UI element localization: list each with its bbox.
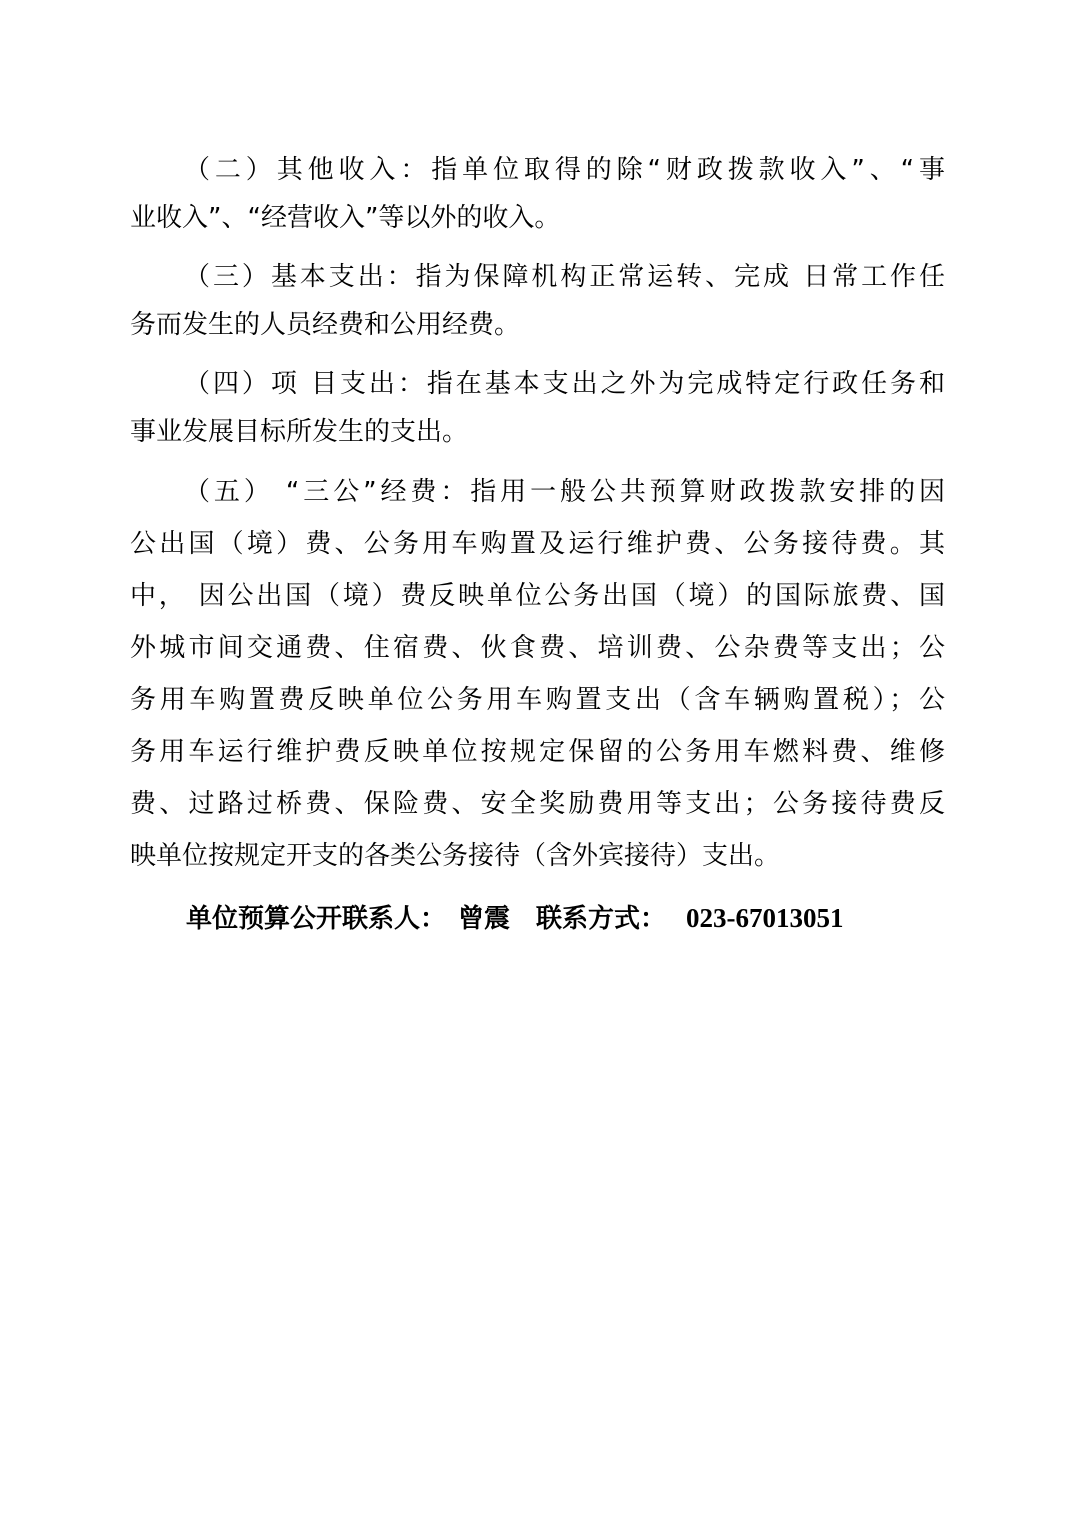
contact-line: 单位预算公开联系人：曾震联系方式：023-67013051	[186, 898, 844, 938]
paragraph-project-expenditure-line-1: （四）项 目支出：指在基本支出之外为完成特定行政任务和	[184, 364, 945, 404]
document-page: （二）其他收入：指单位取得的除“财政拨款收入”、“事 业收入”、“经营收入”等以…	[0, 0, 1074, 1520]
paragraph-three-public-line-5: 务用车购置费反映单位公务用车购置支出（含车辆购置税）；公	[130, 680, 945, 720]
contact-phone: 023-67013051	[686, 903, 844, 933]
paragraph-other-income-line-2: 业收入”、“经营收入”等以外的收入。	[130, 198, 945, 238]
paragraph-project-expenditure-line-2: 事业发展目标所发生的支出。	[130, 412, 945, 452]
contact-method-label: 联系方式：	[536, 904, 666, 934]
paragraph-three-public-line-8: 映单位按规定开支的各类公务接待（含外宾接待）支出。	[130, 836, 945, 876]
contact-person-name: 曾震	[458, 904, 510, 934]
paragraph-three-public-line-3: 中， 因公出国（境）费反映单位公务出国（境）的国际旅费、国	[130, 576, 945, 616]
paragraph-three-public-line-2: 公出国（境）费、公务用车购置及运行维护费、公务接待费。其	[130, 524, 945, 564]
paragraph-three-public-line-4: 外城市间交通费、住宿费、伙食费、培训费、公杂费等支出；公	[130, 628, 945, 668]
paragraph-three-public-line-6: 务用车运行维护费反映单位按规定保留的公务用车燃料费、维修	[130, 732, 945, 772]
paragraph-other-income-line-1: （二）其他收入：指单位取得的除“财政拨款收入”、“事	[184, 150, 945, 190]
paragraph-three-public-line-1: （五） “三公”经费：指用一般公共预算财政拨款安排的因	[184, 472, 945, 512]
paragraph-basic-expenditure-line-2: 务而发生的人员经费和公用经费。	[130, 305, 945, 345]
contact-person-label: 单位预算公开联系人：	[186, 904, 446, 934]
paragraph-basic-expenditure-line-1: （三）基本支出：指为保障机构正常运转、完成 日常工作任	[184, 257, 945, 297]
paragraph-three-public-line-7: 费、过路过桥费、保险费、安全奖励费用等支出；公务接待费反	[130, 784, 945, 824]
